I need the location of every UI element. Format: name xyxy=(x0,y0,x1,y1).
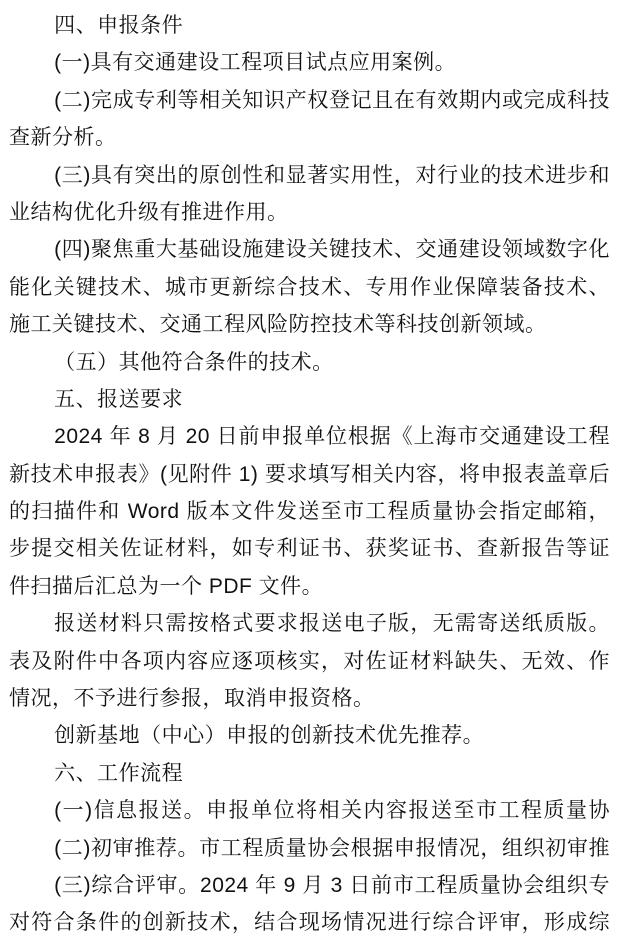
text-line: 新技术申报表》(见附件 1) 要求填写相关内容，将申报表盖章后 xyxy=(9,456,610,493)
text-line: (二)完成专利等相关知识产权登记且在有效期内或完成科技 xyxy=(9,82,610,119)
text-line: 报送材料只需按格式要求报送电子版，无需寄送纸质版。申报 xyxy=(9,605,610,642)
text-line: (一)具有交通建设工程项目试点应用案例。 xyxy=(9,44,610,81)
text-line: （五）其他符合条件的技术。 xyxy=(9,344,610,381)
text-line: (二)初审推荐。市工程质量协会根据申报情况，组织初审推荐。 xyxy=(9,830,610,867)
text-line: 2024 年 8 月 20 日前申报单位根据《上海市交通建设工程创 xyxy=(9,418,610,455)
text-line: 能化关键技术、城市更新综合技术、专用作业保障装备技术、绿色 xyxy=(9,269,610,306)
document-page: 四、申报条件(一)具有交通建设工程项目试点应用案例。(二)完成专利等相关知识产权… xyxy=(0,0,619,945)
text-line: 步提交相关佐证材料，如专利证书、获奖证书、查新报告等证明文 xyxy=(9,530,610,567)
text-line: 对符合条件的创新技术，结合现场情况进行综合评审，形成综合评 xyxy=(9,904,610,941)
text-line: 创新基地（中心）申报的创新技术优先推荐。 xyxy=(9,717,610,754)
document-body: 四、申报条件(一)具有交通建设工程项目试点应用案例。(二)完成专利等相关知识产权… xyxy=(9,7,610,942)
text-line: 情况，不予进行参报，取消申报资格。 xyxy=(9,680,610,717)
text-line: (四)聚焦重大基础设施建设关键技术、交通建设领域数字化智 xyxy=(9,231,610,268)
text-line: (三)综合评审。2024 年 9 月 3 日前市工程质量协会组织专家 xyxy=(9,867,610,904)
text-line: (三)具有突出的原创性和显著实用性，对行业的技术进步和产 xyxy=(9,157,610,194)
text-line: 六、工作流程 xyxy=(9,755,610,792)
text-line: 的扫描件和 Word 版本文件发送至市工程质量协会指定邮箱，同 xyxy=(9,493,610,530)
text-line: 表及附件中各项内容应逐项核实，对佐证材料缺失、无效、作假的 xyxy=(9,643,610,680)
text-line: (一)信息报送。申报单位将相关内容报送至市工程质量协会。 xyxy=(9,792,610,829)
text-line: 施工关键技术、交通工程风险防控技术等科技创新领域。 xyxy=(9,306,610,343)
text-line: 业结构优化升级有推进作用。 xyxy=(9,194,610,231)
text-line: 五、报送要求 xyxy=(9,381,610,418)
text-line: 查新分析。 xyxy=(9,119,610,156)
text-line: 四、申报条件 xyxy=(9,7,610,44)
text-line: 件扫描后汇总为一个 PDF 文件。 xyxy=(9,568,610,605)
